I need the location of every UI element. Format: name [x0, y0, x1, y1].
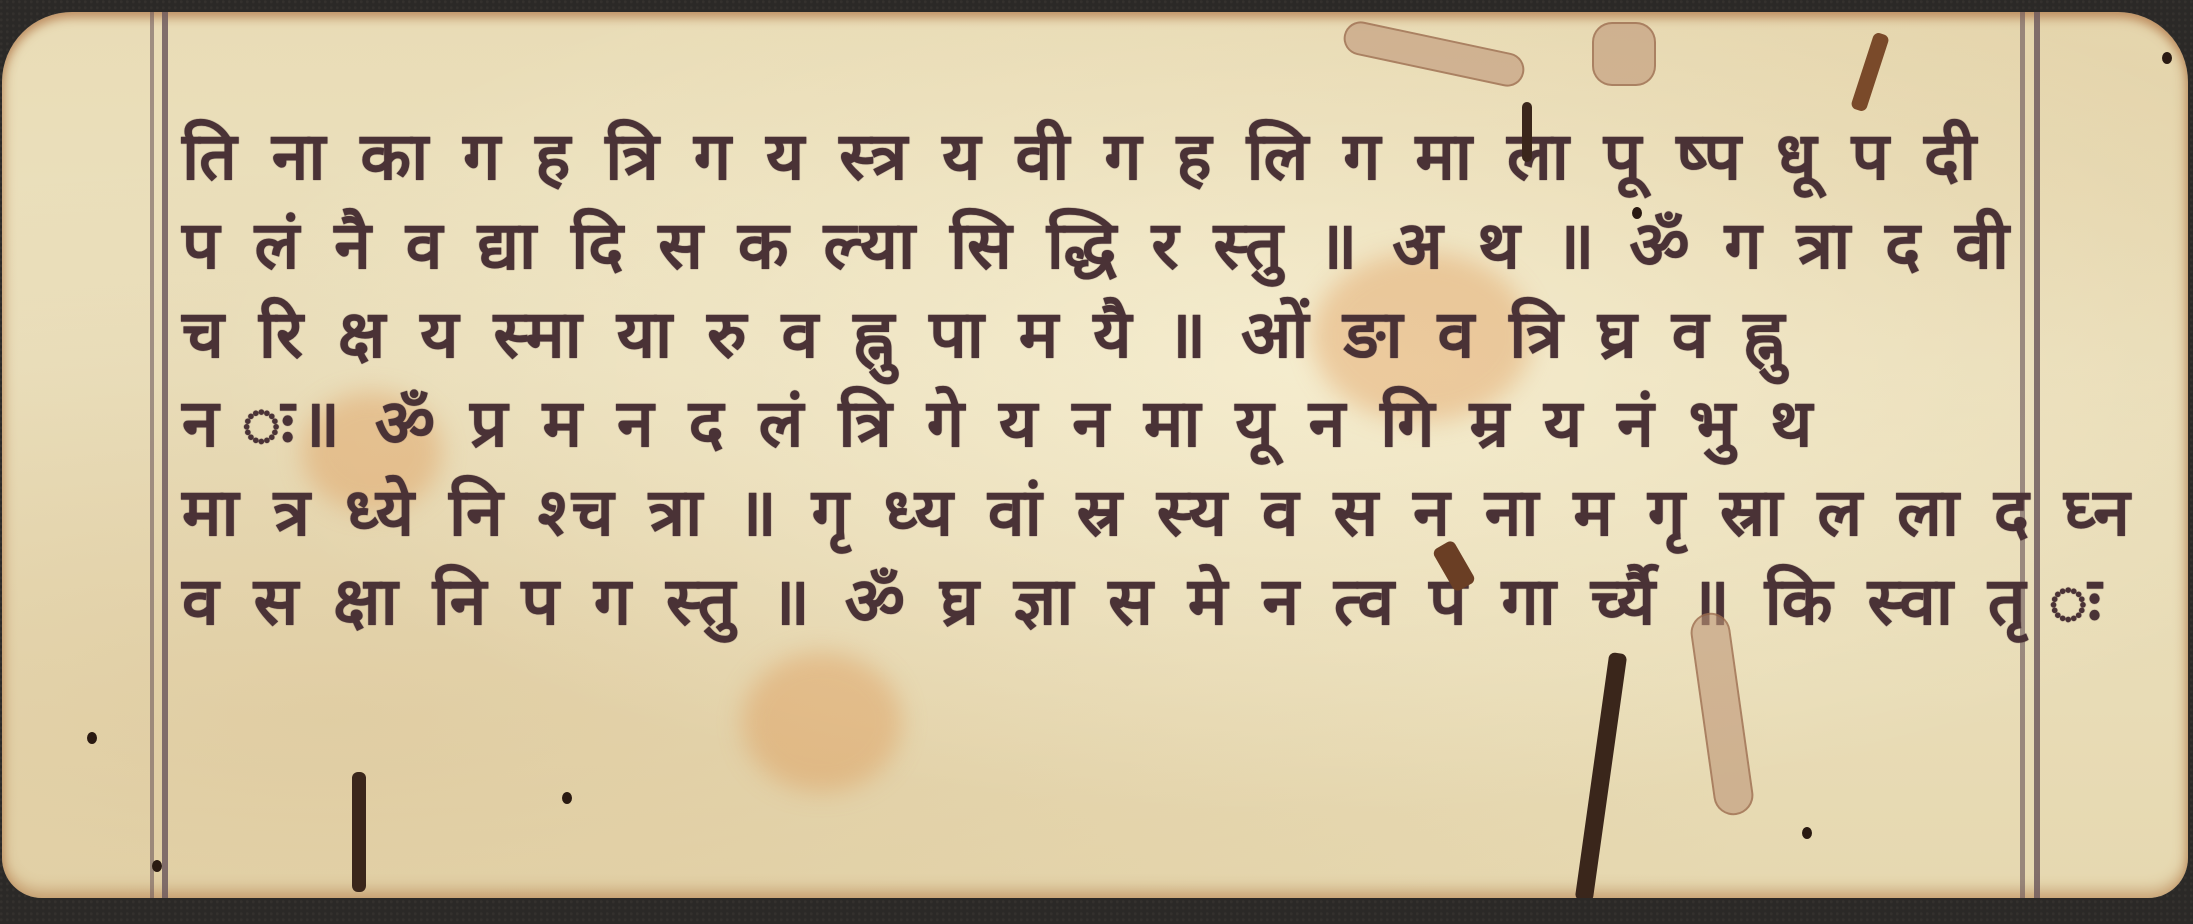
- left-margin-rule-outer: [150, 12, 154, 898]
- worm-hole: [152, 860, 162, 872]
- manuscript-text: ति ना का ग ह त्रि ग य स्त्र य वी ग ह लि …: [182, 112, 2012, 646]
- worm-trail: [1340, 18, 1527, 90]
- worm-hole: [352, 772, 366, 892]
- text-line: मा त्र ध्ये नि श्च त्रा ॥ गृ ध्य वां स्र…: [182, 468, 2012, 557]
- worm-hole: [1850, 31, 1890, 112]
- worm-hole: [2162, 52, 2172, 64]
- text-line: न ः॥ ॐ प्र म न द लं त्रि गे य न मा यू न …: [182, 379, 2012, 468]
- right-margin-rule-outer: [2034, 12, 2040, 898]
- worm-hole: [1802, 827, 1812, 839]
- worm-hole: [1575, 652, 1628, 898]
- text-line: व स क्षा नि प ग स्तु ॥ ॐ घ्र ज्ञा स मे न…: [182, 557, 2012, 646]
- worm-hole: [1632, 207, 1642, 219]
- text-line: प लं नै व द्या दि स क ल्या सि द्धि र स्त…: [182, 201, 2012, 290]
- text-line: च रि क्ष य स्मा या रु व ह्नु पा म यै ॥ ओ…: [182, 290, 2012, 379]
- worm-trail: [1592, 22, 1656, 86]
- text-line: ति ना का ग ह त्रि ग य स्त्र य वी ग ह लि …: [182, 112, 2012, 201]
- worm-hole: [562, 792, 572, 804]
- orange-stain: [742, 652, 902, 792]
- right-margin-rule-inner: [2020, 12, 2025, 898]
- manuscript-folio: ति ना का ग ह त्रि ग य स्त्र य वी ग ह लि …: [2, 12, 2188, 898]
- worm-hole: [1522, 102, 1532, 162]
- left-margin-rule-inner: [162, 12, 168, 898]
- worm-hole: [87, 732, 97, 744]
